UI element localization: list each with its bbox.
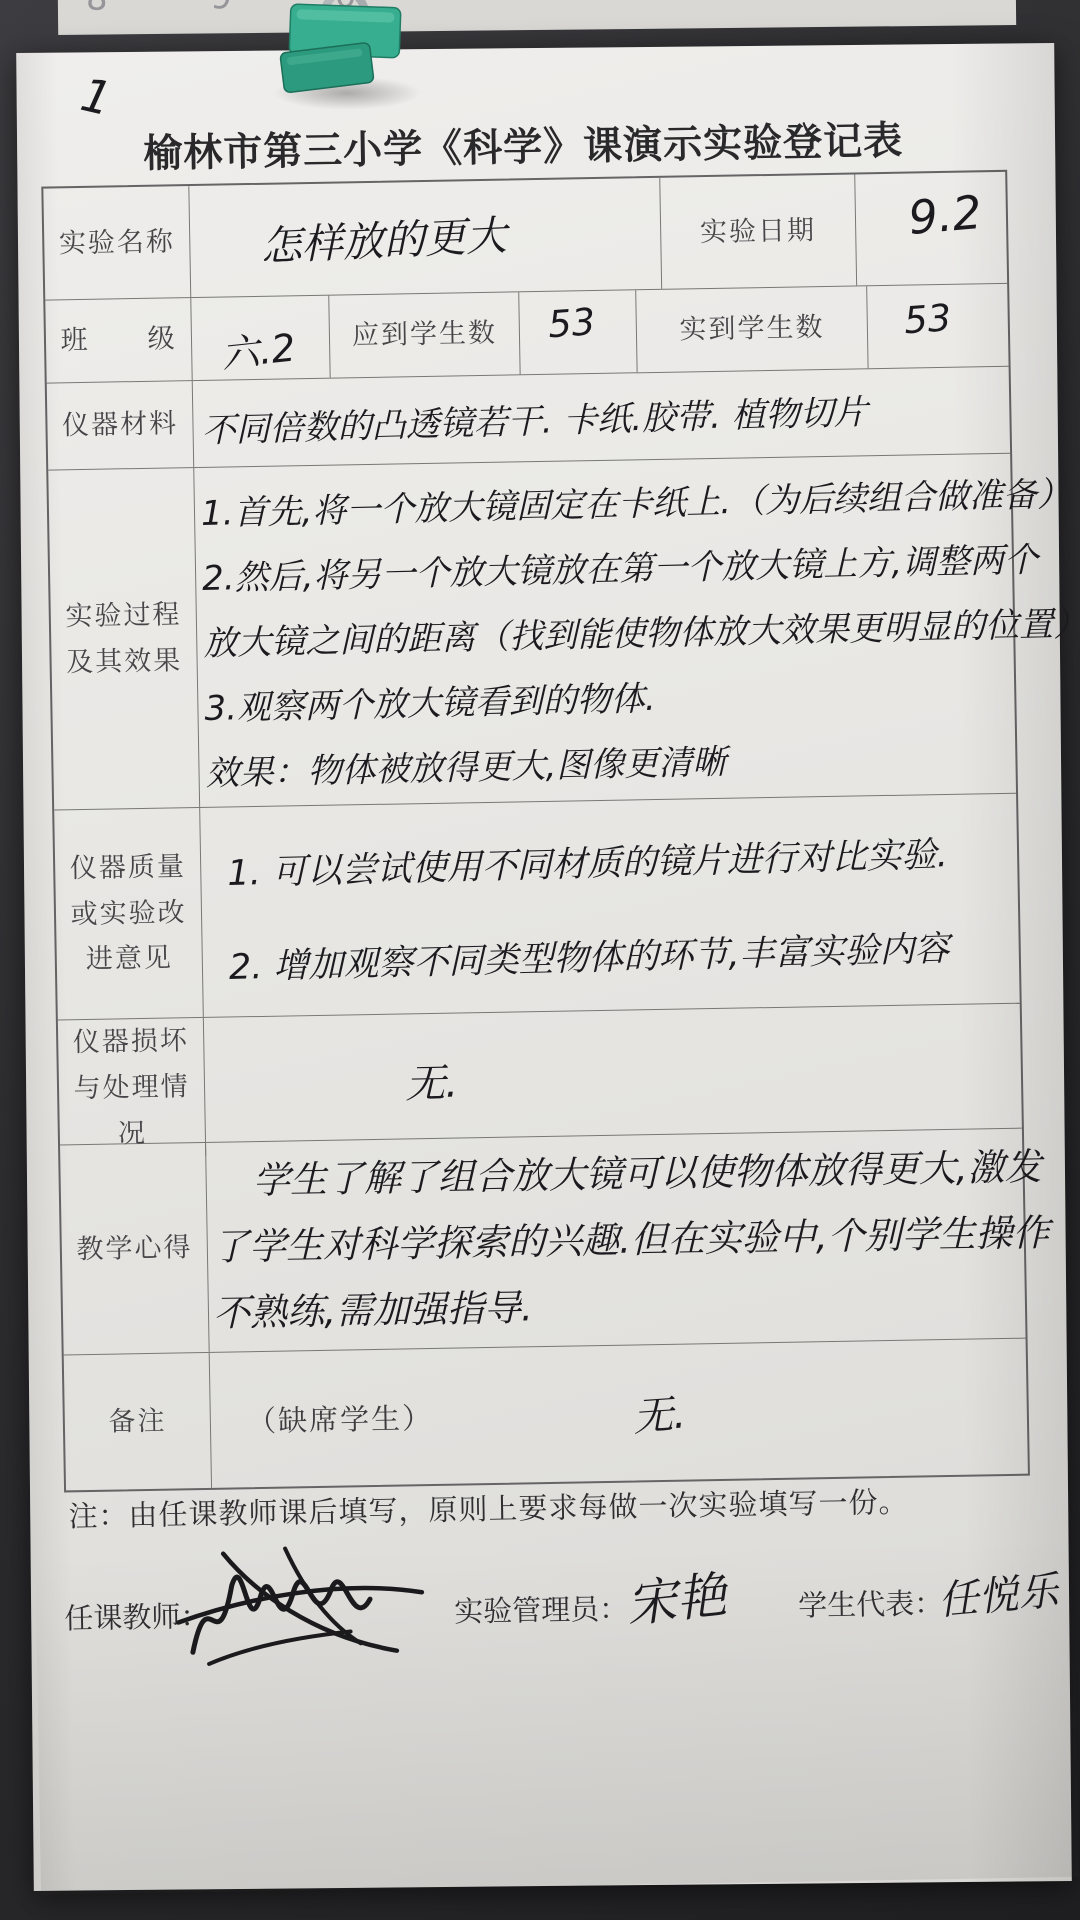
teacher-signature-scribble bbox=[153, 1530, 446, 1685]
binder-clip-icon bbox=[262, 0, 432, 110]
remarks-value: 无. bbox=[631, 1382, 688, 1443]
process-label: 实验过程 及其效果 bbox=[48, 468, 200, 810]
process-line: 1.首先,将一个放大镜固定在卡纸上.（为后续组合做准备） bbox=[201, 464, 1012, 547]
process-line: 3.观察两个放大镜看到的物体. bbox=[204, 659, 1015, 742]
quality-label-line: 仪器质量 bbox=[69, 844, 186, 892]
process-line: 2.然后,将另一个放大镜放在第一个放大镜上方,调整两个 bbox=[202, 529, 1013, 612]
process-result-line: 效果：物体被放得更大,图像更清晰 bbox=[205, 724, 1016, 807]
experiment-name-value: 怎样放的更大 bbox=[189, 171, 662, 275]
background-sheet: 8 9 0 bbox=[58, 0, 1016, 35]
teacher-label: 任课教师： bbox=[64, 1594, 210, 1638]
reflection-line: 学生了解了组合放大镜可以使物体放得更大,激发 bbox=[210, 1135, 1023, 1215]
footer-note: 注：由任课教师课后填写，原则上要求每做一次实验填写一份。 bbox=[68, 1480, 909, 1536]
table-row-class: 班 级 六.2 应到学生数 53 实到学生数 53 bbox=[45, 284, 1008, 384]
actual-students-label: 实到学生数 bbox=[636, 286, 869, 372]
damage-value: 无. bbox=[204, 1004, 1021, 1113]
process-value: 1.首先,将一个放大镜固定在卡纸上.（为后续组合做准备） 2.然后,将另一个放大… bbox=[194, 454, 1016, 807]
manager-label: 实验管理员： bbox=[454, 1587, 629, 1631]
experiment-name-label: 实验名称 bbox=[43, 186, 191, 300]
remarks-label: 备注 bbox=[64, 1353, 213, 1491]
paper-shading bbox=[35, 1537, 1079, 1895]
table-row-reflection: 教学心得 学生了解了组合放大镜可以使物体放得更大,激发 了学生对科学探索的兴趣.… bbox=[60, 1129, 1026, 1356]
reflection-line: 了学生对科学探索的兴趣.但在实验中,个别学生操作 bbox=[211, 1201, 1024, 1281]
table-row-experiment: 实验名称 怎样放的更大 实验日期 9.2 bbox=[43, 172, 1007, 301]
quality-line: 2. 增加观察不同类型物体的环节,丰富实验内容 bbox=[228, 900, 1020, 1015]
form-title: 榆林市第三小学《科学》课演示实验登记表 bbox=[50, 108, 996, 180]
table-row-quality: 仪器质量 或实验改 进意见 1. 可以尝试使用不同材质的镜片进行对比实验. 2.… bbox=[54, 794, 1020, 1021]
actual-students-value: 53 bbox=[866, 280, 1009, 345]
table-row-materials: 仪器材料 不同倍数的凸透镜若干. 卡纸.胶带. 植物切片 bbox=[47, 367, 1010, 471]
class-label: 班 级 bbox=[45, 298, 193, 383]
process-label-line2: 及其效果 bbox=[66, 638, 183, 686]
table-row-process: 实验过程 及其效果 1.首先,将一个放大镜固定在卡纸上.（为后续组合做准备） 2… bbox=[48, 454, 1016, 811]
form-paper-content: 1 榆林市第三小学《科学》课演示实验登记表 实验名称 怎样放的更大 实验日期 9… bbox=[9, 39, 1079, 1895]
quality-value: 1. 可以尝试使用不同材质的镜片进行对比实验. 2. 增加观察不同类型物体的环节… bbox=[200, 794, 1019, 1017]
page-corner-mark: 1 bbox=[76, 67, 117, 126]
expected-students-value: 53 bbox=[518, 287, 637, 348]
damage-label-line: 与处理情 bbox=[73, 1064, 190, 1112]
reflection-label: 教学心得 bbox=[60, 1143, 210, 1355]
table-row-damage: 仪器损坏 与处理情 况 无. bbox=[58, 1004, 1022, 1146]
process-line: 放大镜之间的距离（找到能使物体放大效果更明显的位置） bbox=[203, 594, 1014, 677]
reflection-line: 不熟练,需加强指导. bbox=[213, 1267, 1026, 1347]
remarks-printed-hint: （缺席学生） bbox=[211, 1396, 434, 1441]
quality-label: 仪器质量 或实验改 进意见 bbox=[54, 808, 204, 1020]
damage-label-line: 仪器损坏 bbox=[72, 1018, 189, 1066]
photo-scene: 8 9 0 1 榆林市第三小学《科学》课演示实验登记表 实验名称 怎样放的更大 … bbox=[0, 0, 1080, 1920]
quality-label-line: 或实验改 bbox=[70, 890, 187, 938]
damage-label-line: 况 bbox=[118, 1111, 148, 1157]
experiment-date-value: 9.2 bbox=[853, 167, 1009, 250]
manager-signature: 宋艳 bbox=[623, 1555, 730, 1637]
quality-label-line: 进意见 bbox=[86, 936, 174, 983]
process-label-line1: 实验过程 bbox=[65, 592, 182, 640]
student-label: 学生代表： bbox=[798, 1581, 944, 1625]
quality-line: 1. 可以尝试使用不同材质的镜片进行对比实验. bbox=[226, 806, 1018, 921]
registration-table: 实验名称 怎样放的更大 实验日期 9.2 班 级 六.2 应到学生数 53 实到… bbox=[41, 170, 1030, 1493]
materials-value: 不同倍数的凸透镜若干. 卡纸.胶带. 植物切片 bbox=[193, 363, 1010, 453]
damage-label: 仪器损坏 与处理情 况 bbox=[58, 1018, 207, 1158]
reflection-value: 学生了解了组合放大镜可以使物体放得更大,激发 了学生对科学探索的兴趣.但在实验中… bbox=[206, 1129, 1025, 1352]
class-value: 六.2 bbox=[189, 297, 332, 382]
signature-row: 任课教师： 实验管理员： 宋艳 学生代表： 任悦乐 bbox=[35, 1534, 1080, 1703]
expected-students-label: 应到学生数 bbox=[329, 292, 521, 377]
table-row-remarks: 备注 （缺席学生） 无. bbox=[64, 1339, 1028, 1491]
experiment-date-label: 实验日期 bbox=[660, 174, 857, 288]
form-paper: 1 榆林市第三小学《科学》课演示实验登记表 实验名称 怎样放的更大 实验日期 9… bbox=[16, 43, 1072, 1891]
student-signature: 任悦乐 bbox=[936, 1559, 1061, 1626]
materials-label: 仪器材料 bbox=[47, 381, 195, 470]
